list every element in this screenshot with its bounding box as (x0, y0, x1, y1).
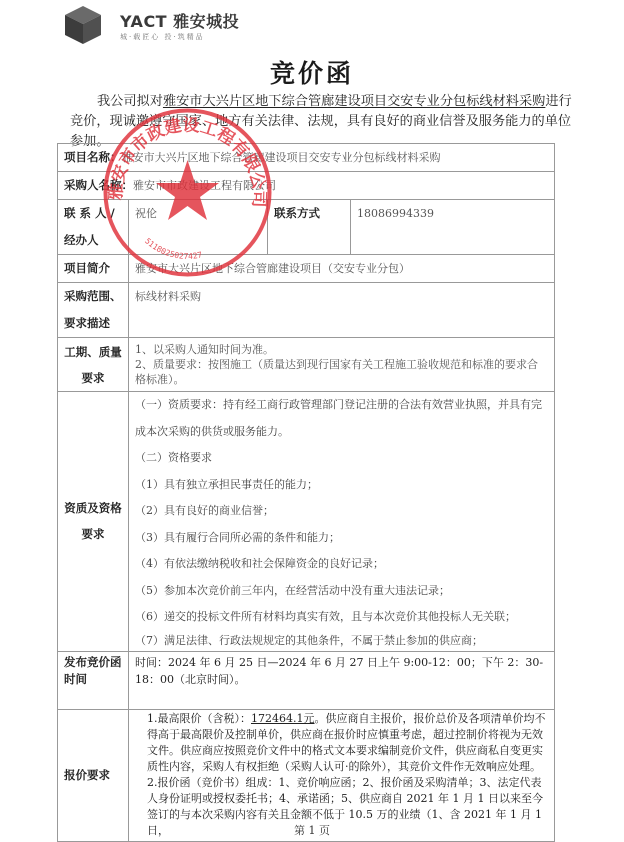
qualification-item: （4）有依法缴纳税收和社会保障资金的良好记录； (135, 551, 548, 578)
contact-method-label: 联系方式 (268, 200, 351, 255)
scope-value: 标线材料采购 (129, 283, 555, 338)
page-number: 第 1 页 (0, 822, 624, 838)
contact-label: 联 系 人 / 经办人 (58, 200, 129, 255)
row-summary: 项目简介 雅安市大兴片区地下综合管廊建设项目（交安专业分包） (58, 255, 555, 283)
qualification-item: （1）具有独立承担民事责任的能力； (135, 472, 548, 499)
row-contact: 联 系 人 / 经办人 祝伦 联系方式 18086994339 (58, 200, 555, 255)
publish-label: 发布竞价函时间 (58, 651, 129, 709)
intro-prefix: 我公司拟对 (97, 94, 163, 109)
qualification-item: （6）递交的投标文件所有材料均真实有效，且与本次竞价其他投标人无关联； (135, 604, 548, 631)
purchaser-value: 雅安市市政建设工程有限公司 (133, 179, 276, 192)
price-paragraph-1: 1.最高限价（含税）：172464.1元。供应商自主报价，报价总价及各项清单价均… (135, 711, 548, 775)
price-cap-amount: 172464.1元 (251, 712, 315, 725)
price-cap-label: 1.最高限价（含税）： (147, 712, 251, 725)
period-item: 2、质量要求：按图施工（质量达到现行国家有关工程施工验收规范和标准的要求合格标准… (135, 357, 548, 387)
summary-value: 雅安市大兴片区地下综合管廊建设项目（交安专业分包） (129, 255, 555, 283)
qualification-item: （3）具有履行合同所必需的条件和能力； (135, 525, 548, 552)
company-logo: YACT 雅安城投 城·载匠心 投·筑精品 (62, 4, 282, 46)
row-purchaser: 采购人名称：雅安市市政建设工程有限公司 (58, 172, 555, 200)
qualification-value: （一）资质要求：持有经工商行政管理部门登记注册的合法有效营业执照，并具有完成本次… (129, 392, 555, 652)
cube-logo-icon (62, 4, 104, 46)
qualification-item: （7）满足法律、行政法规规定的其他条件，不属于禁止参加的供应商； (135, 631, 548, 651)
publish-value: 时间：2024 年 6 月 25 日—2024 年 6 月 27 日上午 9:0… (129, 651, 555, 709)
qualification-item: （一）资质要求：持有经工商行政管理部门登记注册的合法有效营业执照，并具有完成本次… (135, 392, 548, 445)
logo-slogan: 城·载匠心 投·筑精品 (120, 32, 205, 42)
row-period-quality: 工期、质量要求 1、以采购人通知时间为准。 2、质量要求：按图施工（质量达到现行… (58, 338, 555, 392)
period-value: 1、以采购人通知时间为准。 2、质量要求：按图施工（质量达到现行国家有关工程施工… (129, 338, 555, 392)
qualification-item: （5）参加本次竞价前三年内，在经营活动中没有重大违法记录； (135, 578, 548, 605)
row-qualification: 资质及资格要求 （一）资质要求：持有经工商行政管理部门登记注册的合法有效营业执照… (58, 392, 555, 652)
row-project-name: 项目名称：雅安市大兴片区地下综合管廊建设项目交安专业分包标线材料采购 (58, 144, 555, 172)
logo-name: YACT 雅安城投 (120, 9, 239, 32)
qualification-item: （2）具有良好的商业信誉； (135, 498, 548, 525)
row-scope: 采购范围、要求描述 标线材料采购 (58, 283, 555, 338)
purchaser-label: 采购人名称： (64, 178, 133, 192)
contact-method-value: 18086994339 (351, 200, 555, 255)
summary-label: 项目简介 (58, 255, 129, 283)
project-name-label: 项目名称： (64, 150, 122, 164)
period-item: 1、以采购人通知时间为准。 (135, 342, 548, 357)
bid-info-table: 项目名称：雅安市大兴片区地下综合管廊建设项目交安专业分包标线材料采购 采购人名称… (57, 143, 555, 842)
row-publish-time: 发布竞价函时间 时间：2024 年 6 月 25 日—2024 年 6 月 27… (58, 651, 555, 709)
project-name-value: 雅安市大兴片区地下综合管廊建设项目交安专业分包标线材料采购 (122, 151, 441, 164)
scope-label: 采购范围、要求描述 (58, 283, 129, 338)
qualification-label: 资质及资格要求 (58, 392, 129, 652)
intro-project-name: 雅安市大兴片区地下综合管廊建设项目交安专业分包标线材料采购 (163, 94, 545, 109)
page-title: 竞价函 (0, 54, 624, 90)
period-label: 工期、质量要求 (58, 338, 129, 392)
qualification-item: （二）资格要求 (135, 445, 548, 472)
contact-value: 祝伦 (129, 200, 268, 255)
